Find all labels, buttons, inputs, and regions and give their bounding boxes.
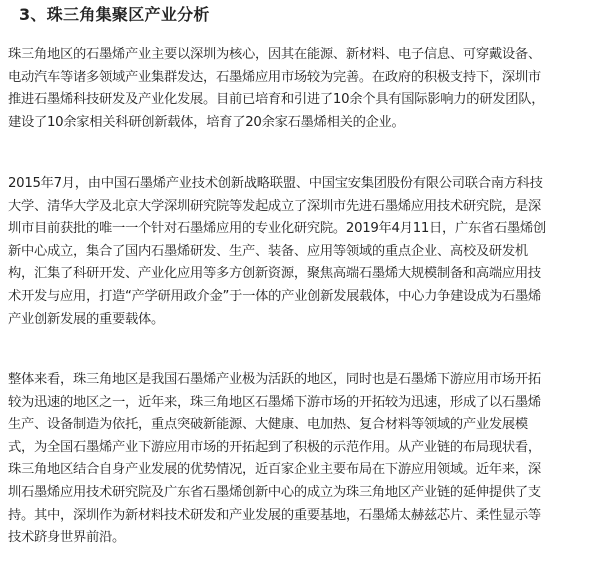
paragraph-institutes: 2015年7月，由中国石墨烯产业技术创新战略联盟、中国宝安集团股份有限公司联合南… xyxy=(8,173,546,331)
text-line: 建设了10余家相关科研创新载体，培育了20余家石墨烯相关的企业。 xyxy=(8,112,544,135)
text-line: 生产、设备制造为依托，重点突破新能源、大健康、电加热、复合材料等领域的产业发展模 xyxy=(8,414,541,437)
text-line: 整体来看，珠三角地区是我国石墨烯产业极为活跃的地区，同时也是石墨烯下游应用市场开… xyxy=(8,369,541,392)
text-line: 新中心成立，集合了国内石墨烯研发、生产、装备、应用等领域的重点企业、高校及研发机 xyxy=(8,241,546,264)
text-line: 2015年7月，由中国石墨烯产业技术创新战略联盟、中国宝安集团股份有限公司联合南… xyxy=(8,173,546,196)
text-line: 较为迅速的地区之一，近年来，珠三角地区石墨烯下游市场的开拓较为迅速，形成了以石墨… xyxy=(8,392,541,415)
text-line: 电动汽车等诸多领域产业集群发达，石墨烯应用市场较为完善。在政府的积极支持下，深圳… xyxy=(8,67,544,90)
text-line: 产业创新发展的重要载体。 xyxy=(8,309,546,332)
text-line: 圳市目前获批的唯一一个针对石墨烯应用的专业化研究院。2019年4月11日，广东省… xyxy=(8,218,546,241)
text-line: 式，为全国石墨烯产业下游应用市场的开拓起到了积极的示范作用。从产业链的布局现状看… xyxy=(8,437,541,460)
article: 3、珠三角集聚区产业分析 珠三角地区的石墨烯产业主要以深圳为核心，因其在能源、新… xyxy=(8,0,598,30)
text-line: 大学、清华大学及北京大学深圳研究院等发起成立了深圳市先进石墨烯应用技术研究院，是… xyxy=(8,196,546,219)
paragraph-overview: 珠三角地区的石墨烯产业主要以深圳为核心，因其在能源、新材料、电子信息、可穿戴设备… xyxy=(8,44,544,134)
text-line: 术开发与应用，打造“产学研用政介金”于一体的产业创新发展载体，中心力争建设成为石… xyxy=(8,286,546,309)
text-line: 构，汇集了科研开发、产业化应用等多方创新资源，聚焦高端石墨烯大规模制备和高端应用… xyxy=(8,263,546,286)
text-line: 珠三角地区的石墨烯产业主要以深圳为核心，因其在能源、新材料、电子信息、可穿戴设备… xyxy=(8,44,544,67)
paragraph-summary: 整体来看，珠三角地区是我国石墨烯产业极为活跃的地区，同时也是石墨烯下游应用市场开… xyxy=(8,369,541,550)
section-heading: 3、珠三角集聚区产业分析 xyxy=(8,0,598,30)
text-line: 技术跻身世界前沿。 xyxy=(8,527,541,550)
text-line: 珠三角地区结合自身产业发展的优势情况，近百家企业主要布局在下游应用领域。近年来，… xyxy=(8,459,541,482)
text-line: 持。其中，深圳作为新材料技术研发和产业发展的重要基地，石墨烯太赫兹芯片、柔性显示… xyxy=(8,505,541,528)
text-line: 圳石墨烯应用技术研究院及广东省石墨烯创新中心的成立为珠三角地区产业链的延伸提供了… xyxy=(8,482,541,505)
text-line: 推进石墨烯科技研发及产业化发展。目前已培育和引进了10余个具有国际影响力的研发团… xyxy=(8,89,544,112)
